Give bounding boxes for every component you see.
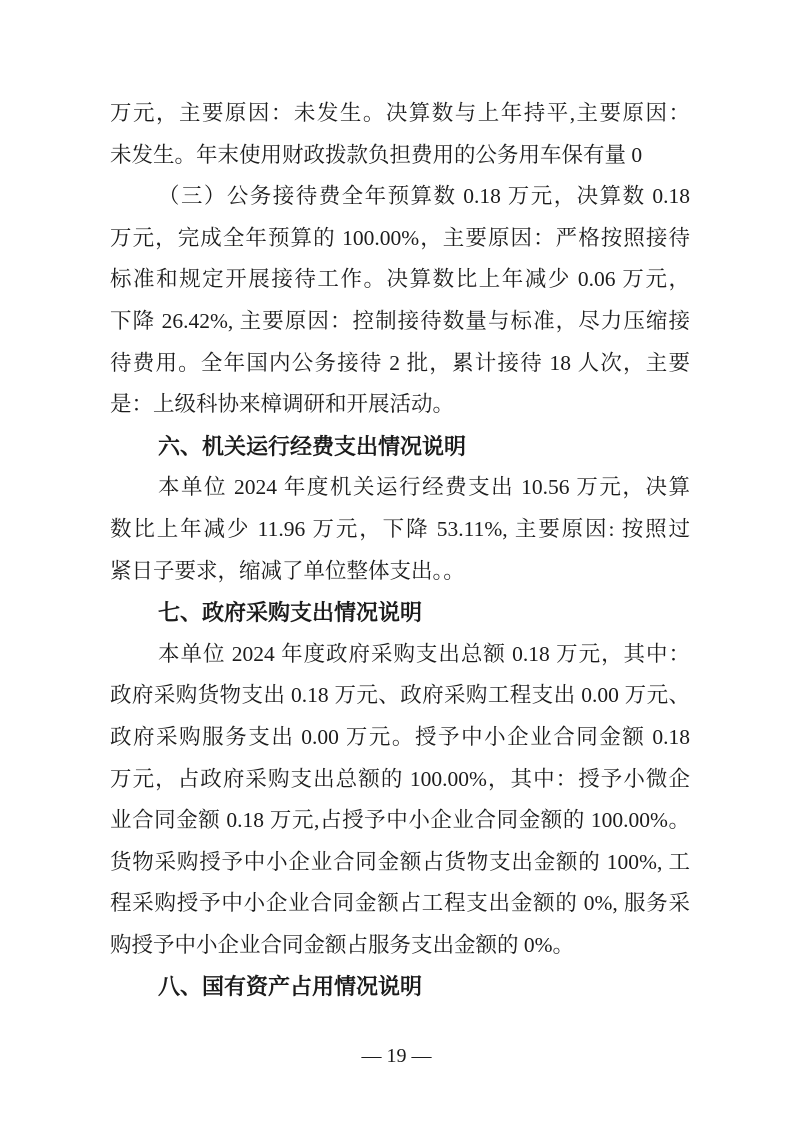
body-text-line: 待费用。全年国内公务接待 2 批，累计接待 18 人次，主要 [110,343,690,385]
body-text-line: 程采购授予中小企业合同金额占工程支出金额的 0%, 服务采 [110,883,690,925]
page-number: — 19 — [362,1045,432,1067]
body-text-line: 政府采购货物支出 0.18 万元、政府采购工程支出 0.00 万元、 [110,675,690,717]
section-heading: 七、政府采购支出情况说明 [110,592,690,634]
body-text-line: 政府采购服务支出 0.00 万元。授予中小企业合同金额 0.18 [110,717,690,759]
body-text-line: （三）公务接待费全年预算数 0.18 万元，决算数 0.18 [110,176,690,218]
body-text-line: 是：上级科协来樟调研和开展活动。 [110,384,690,426]
body-text-line: 标准和规定开展接待工作。决算数比上年减少 0.06 万元， [110,259,690,301]
body-text-line: 下降 26.42%, 主要原因：控制接待数量与标准，尽力压缩接 [110,301,690,343]
body-text-line: 购授予中小企业合同金额占服务支出金额的 0%。 [110,925,690,967]
body-text-line: 本单位 2024 年度机关运行经费支出 10.56 万元，决算 [110,467,690,509]
body-text-line: 万元，占政府采购支出总额的 100.00%，其中：授予小微企 [110,759,690,801]
body-text-line: 本单位 2024 年度政府采购支出总额 0.18 万元，其中： [110,634,690,676]
section-heading: 六、机关运行经费支出情况说明 [110,426,690,468]
body-text-line: 紧日子要求，缩减了单位整体支出。。 [110,551,690,593]
body-text-line: 货物采购授予中小企业合同金额占货物支出金额的 100%, 工 [110,842,690,884]
section-heading: 八、国有资产占用情况说明 [110,966,690,1008]
body-text-line: 未发生。年末使用财政拨款负担费用的公务用车保有量 0 辆。 [110,135,690,177]
document-body: 万元，主要原因：未发生。决算数与上年持平,主要原因：未发生。年末使用财政拨款负担… [110,93,690,1008]
body-text-line: 数比上年减少 11.96 万元，下降 53.11%, 主要原因: 按照过 [110,509,690,551]
body-text-line: 万元，完成全年预算的 100.00%，主要原因：严格按照接待 [110,218,690,260]
body-text-line: 业合同金额 0.18 万元,占授予中小企业合同金额的 100.00%。 [110,800,690,842]
page-footer: — 19 — [0,1045,793,1068]
body-text-line: 万元，主要原因：未发生。决算数与上年持平,主要原因： [110,93,690,135]
document-page: 万元，主要原因：未发生。决算数与上年持平,主要原因：未发生。年末使用财政拨款负担… [0,0,793,1122]
